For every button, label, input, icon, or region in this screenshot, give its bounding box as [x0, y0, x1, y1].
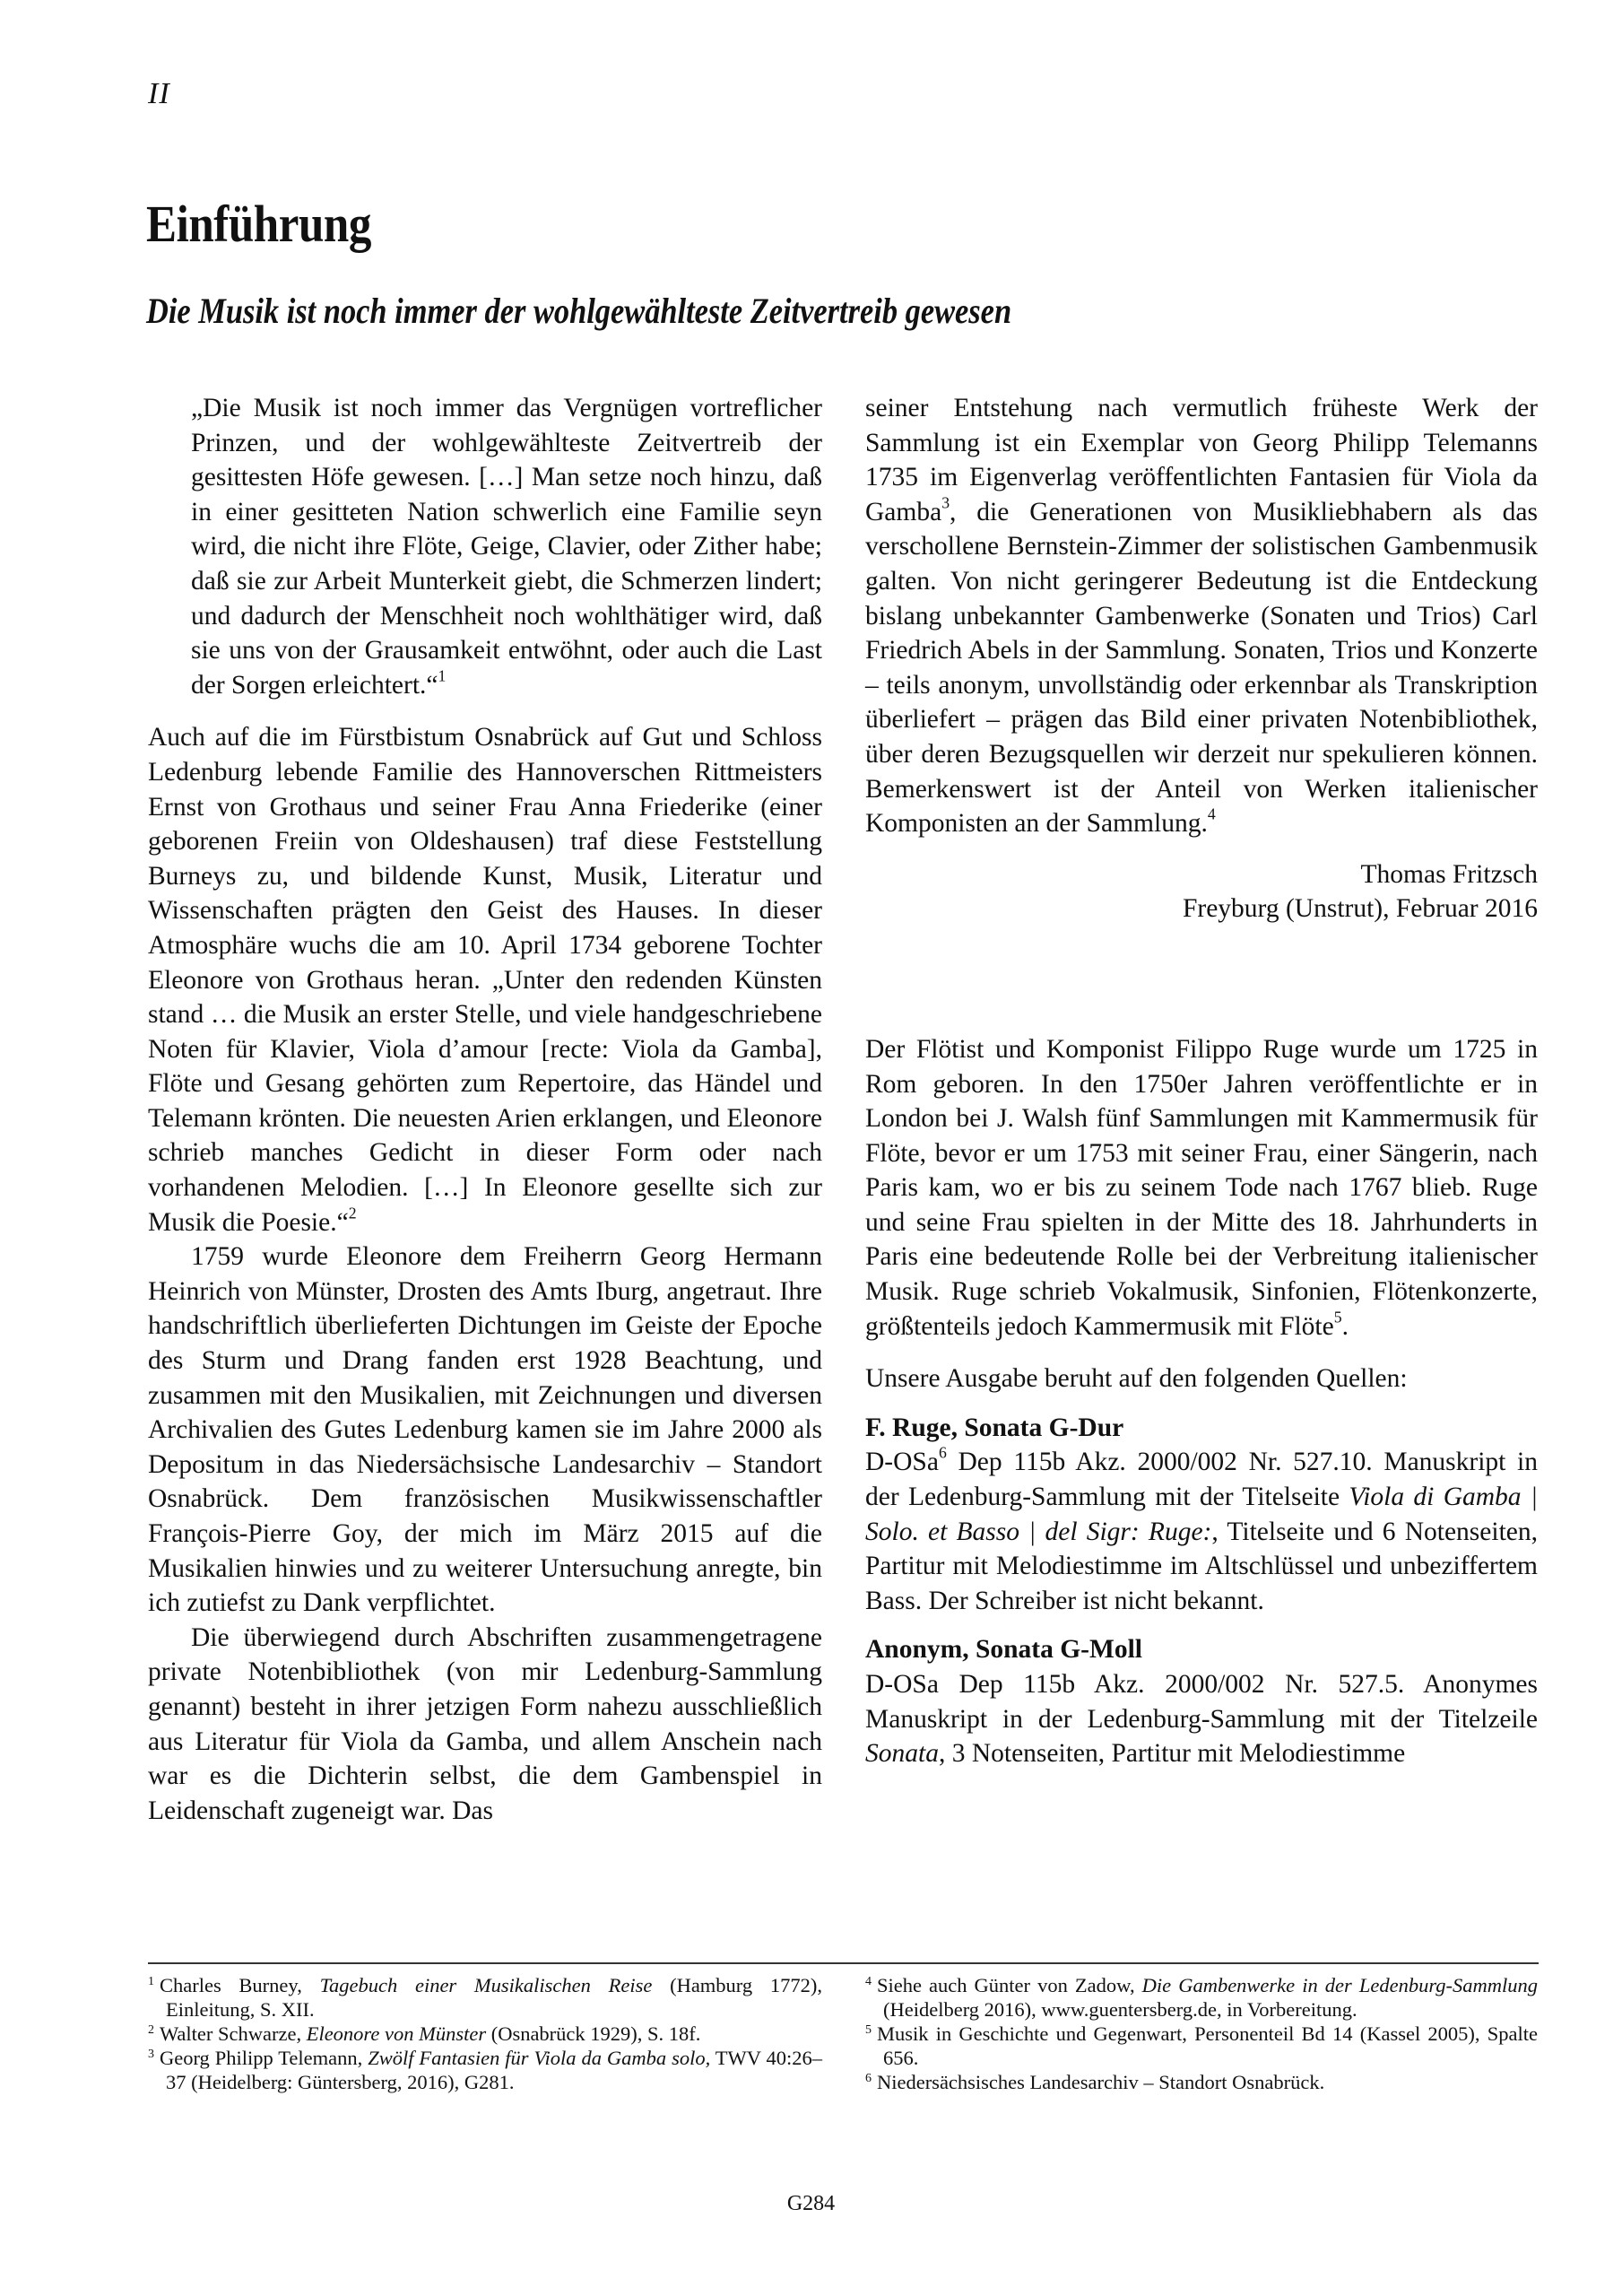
footnote-text: Charles Burney, — [160, 1974, 320, 1996]
epigraph-quote: „Die Musik ist noch immer das Vergnügen … — [191, 391, 822, 702]
page-number: G284 — [0, 2192, 1622, 2216]
paragraph-text: Der Flötist und Komponist Filippo Ruge w… — [865, 1035, 1538, 1341]
footnote-text: (Heidelberg 2016), www.guentersberg.de, … — [883, 1998, 1357, 2021]
page-number-roman: II — [148, 77, 170, 111]
source-desc-ruge: D-OSa6 Dep 115b Akz. 2000/002 Nr. 527.10… — [865, 1445, 1538, 1618]
footnote-ref-1[interactable]: 1 — [438, 666, 446, 684]
footnote-number: 2 — [148, 2023, 154, 2037]
footnotes-left: 1Charles Burney, Tagebuch einer Musikali… — [148, 1973, 822, 2094]
footnotes-right: 4Siehe auch Günter von Zadow, Die Gamben… — [865, 1973, 1538, 2094]
footnote-text: (Osnabrück 1929), S. 18f. — [486, 2022, 700, 2045]
signature-place-date: Freyburg (Unstrut), Februar 2016 — [865, 891, 1538, 926]
footnote-work-title: Tagebuch einer Musikalischen Reise — [320, 1974, 653, 1996]
footnote-number: 6 — [865, 2072, 872, 2085]
source-desc-anonym: D-OSa Dep 115b Akz. 2000/002 Nr. 527.5. … — [865, 1667, 1538, 1771]
footnote-text: Musik in Geschichte und Gegenwart, Perso… — [877, 2022, 1538, 2069]
source-title-ruge: F. Ruge, Sonata G-Dur — [865, 1411, 1538, 1446]
footnote-2: 2Walter Schwarze, Eleonore von Münster (… — [148, 2022, 822, 2046]
signature-name: Thomas Fritzsch — [865, 857, 1538, 892]
paragraph-collection-continued: seiner Entstehung nach vermutlich frühes… — [865, 391, 1538, 841]
footnote-6: 6Niedersächsisches Landesarchiv – Stando… — [865, 2070, 1538, 2094]
footnote-5: 5Musik in Geschichte und Gegenwart, Pers… — [865, 2022, 1538, 2070]
footnote-work-title: Die Gambenwerke in der Ledenburg-Sammlun… — [1142, 1974, 1538, 1996]
epigraph-text: „Die Musik ist noch immer das Vergnügen … — [191, 394, 822, 700]
sources-intro: Unsere Ausgabe beruht auf den folgenden … — [865, 1361, 1538, 1396]
paragraph-text: , die Generationen von Musikliebhabern a… — [865, 498, 1538, 838]
signature-block: Thomas Fritzsch Freyburg (Unstrut), Febr… — [865, 857, 1538, 926]
source-siglum: D-OSa — [865, 1448, 939, 1476]
footnote-number: 3 — [148, 2048, 154, 2061]
source-text: , 3 Notenseiten, Partitur mit Melodiesti… — [939, 1739, 1405, 1768]
footnote-work-title: Zwölf Fantasien für Viola da Gamba solo, — [368, 2047, 710, 2069]
footnote-ref-4[interactable]: 4 — [1208, 805, 1216, 823]
footnote-3: 3Georg Philipp Telemann, Zwölf Fantasien… — [148, 2046, 822, 2094]
paragraph-ruge-bio: Der Flötist und Komponist Filippo Ruge w… — [865, 1032, 1538, 1344]
footnote-4: 4Siehe auch Günter von Zadow, Die Gamben… — [865, 1973, 1538, 2022]
footnote-text: Niedersächsisches Landesarchiv – Standor… — [877, 2071, 1324, 2093]
paragraph-marriage: 1759 wurde Eleonore dem Freiherrn Georg … — [148, 1239, 822, 1621]
footnote-divider — [148, 1962, 1539, 1964]
footnote-text: Siehe auch Günter von Zadow, — [877, 1974, 1142, 1996]
footnote-ref-2[interactable]: 2 — [349, 1204, 357, 1222]
source-text: D-OSa Dep 115b Akz. 2000/002 Nr. 527.5. … — [865, 1670, 1538, 1734]
footnote-text: Georg Philipp Telemann, — [160, 2047, 368, 2069]
footnote-ref-6[interactable]: 6 — [939, 1444, 947, 1462]
footnote-text: Walter Schwarze, — [160, 2022, 307, 2045]
page-title: Einführung — [146, 194, 371, 254]
right-column: seiner Entstehung nach vermutlich frühes… — [865, 391, 1538, 1771]
paragraph-family-text: Auch auf die im Fürstbistum Osnabrück au… — [148, 723, 822, 1236]
source-title-line: Sonata — [865, 1739, 939, 1768]
footnote-number: 5 — [865, 2023, 872, 2037]
footnote-number: 1 — [148, 1975, 154, 1988]
footnote-ref-3[interactable]: 3 — [941, 494, 950, 512]
source-title-anonym: Anonym, Sonata G-Moll — [865, 1632, 1538, 1667]
footnote-number: 4 — [865, 1975, 872, 1988]
footnote-1: 1Charles Burney, Tagebuch einer Musikali… — [148, 1973, 822, 2022]
footnote-ref-5[interactable]: 5 — [1334, 1308, 1342, 1326]
paragraph-collection: Die überwiegend durch Abschriften zusamm… — [148, 1621, 822, 1829]
left-column: „Die Musik ist noch immer das Vergnügen … — [148, 391, 822, 1828]
footnote-work-title: Eleonore von Münster — [307, 2022, 486, 2045]
page-subtitle: Die Musik ist noch immer der wohlgewählt… — [146, 290, 1011, 332]
paragraph-family: Auch auf die im Fürstbistum Osnabrück au… — [148, 720, 822, 1239]
